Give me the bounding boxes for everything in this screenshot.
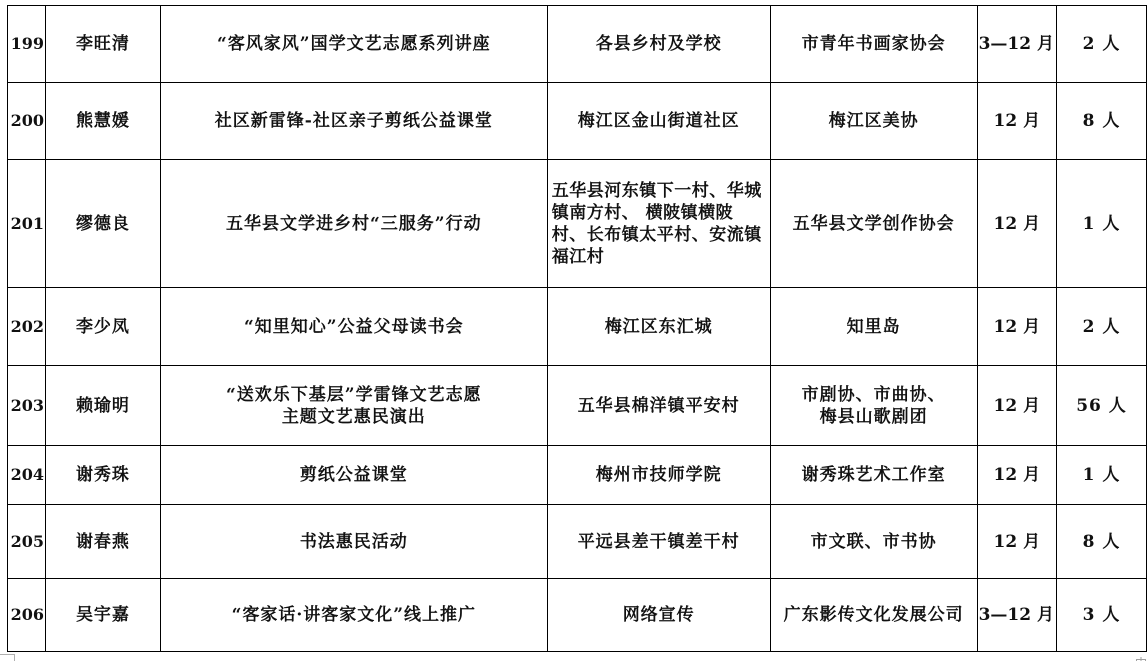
- project-cell-line: 主题文艺惠民演出: [163, 406, 545, 428]
- row-number-cell: 200: [8, 83, 46, 160]
- people-count-cell: 8 人: [1057, 83, 1147, 160]
- organizer-cell: 谢秀珠艺术工作室: [770, 446, 977, 505]
- project-cell: 剪纸公益课堂: [160, 446, 547, 505]
- project-cell: “知里知心”公益父母读书会: [160, 288, 547, 366]
- activity-table-container: 199李旺清“客风家风”国学文艺志愿系列讲座各县乡村及学校市青年书画家协会3—1…: [7, 5, 1147, 652]
- table-row: 203赖瑜明“送欢乐下基层”学雷锋文艺志愿主题文艺惠民演出五华县棉洋镇平安村市剧…: [8, 366, 1147, 446]
- people-count-cell: 1 人: [1057, 446, 1147, 505]
- table-resize-handle-icon[interactable]: [1136, 651, 1146, 660]
- organizer-cell: 市文联、市书协: [770, 505, 977, 579]
- table-row: 200熊慧媛社区新雷锋-社区亲子剪纸公益课堂梅江区金山街道社区梅江区美协12 月…: [8, 83, 1147, 160]
- project-cell: “客风家风”国学文艺志愿系列讲座: [160, 6, 547, 83]
- location-cell: 梅州市技师学院: [547, 446, 770, 505]
- table-row: 204谢秀珠剪纸公益课堂梅州市技师学院谢秀珠艺术工作室12 月1 人: [8, 446, 1147, 505]
- name-cell: 李少凤: [45, 288, 160, 366]
- period-cell: 12 月: [977, 288, 1056, 366]
- location-cell-line: 五华县河东镇下一村、华城镇南方村、 横陂镇横陂村、长布镇太平村、安流镇福江村: [552, 180, 766, 268]
- people-count-cell: 2 人: [1057, 6, 1147, 83]
- project-cell: 书法惠民活动: [160, 505, 547, 579]
- organizer-cell-line: 谢秀珠艺术工作室: [773, 464, 975, 486]
- project-cell-line: 五华县文学进乡村“三服务”行动: [163, 213, 545, 235]
- project-cell: 五华县文学进乡村“三服务”行动: [160, 160, 547, 288]
- organizer-cell: 市青年书画家协会: [770, 6, 977, 83]
- table-row: 202李少凤“知里知心”公益父母读书会梅江区东汇城知里岛12 月2 人: [8, 288, 1147, 366]
- period-cell: 12 月: [977, 446, 1056, 505]
- location-cell: 梅江区东汇城: [547, 288, 770, 366]
- organizer-cell-line: 市青年书画家协会: [773, 33, 975, 55]
- project-cell-line: “客风家风”国学文艺志愿系列讲座: [163, 33, 545, 55]
- people-count-cell: 56 人: [1057, 366, 1147, 446]
- row-number-cell: 199: [8, 6, 46, 83]
- location-cell-line: 五华县棉洋镇平安村: [550, 395, 768, 417]
- location-cell: 五华县棉洋镇平安村: [547, 366, 770, 446]
- period-cell: 12 月: [977, 505, 1056, 579]
- name-cell: 赖瑜明: [45, 366, 160, 446]
- location-cell-line: 梅州市技师学院: [550, 464, 768, 486]
- name-cell: 缪德良: [45, 160, 160, 288]
- period-cell: 12 月: [977, 160, 1056, 288]
- project-cell-line: “送欢乐下基层”学雷锋文艺志愿: [163, 384, 545, 406]
- table-row: 206吴宇嘉“客家话·讲客家文化”线上推广网络宣传广东影传文化发展公司3—12 …: [8, 579, 1147, 652]
- organizer-cell-line: 知里岛: [773, 316, 975, 338]
- project-cell-line: 社区新雷锋-社区亲子剪纸公益课堂: [163, 110, 545, 132]
- name-cell: 谢秀珠: [45, 446, 160, 505]
- volunteer-activity-table: 199李旺清“客风家风”国学文艺志愿系列讲座各县乡村及学校市青年书画家协会3—1…: [7, 5, 1147, 652]
- location-cell: 各县乡村及学校: [547, 6, 770, 83]
- organizer-cell: 梅江区美协: [770, 83, 977, 160]
- organizer-cell: 广东影传文化发展公司: [770, 579, 977, 652]
- row-number-cell: 205: [8, 505, 46, 579]
- table-row: 201缪德良五华县文学进乡村“三服务”行动五华县河东镇下一村、华城镇南方村、 横…: [8, 160, 1147, 288]
- name-cell: 李旺清: [45, 6, 160, 83]
- table-row: 199李旺清“客风家风”国学文艺志愿系列讲座各县乡村及学校市青年书画家协会3—1…: [8, 6, 1147, 83]
- period-cell: 12 月: [977, 83, 1056, 160]
- location-cell: 网络宣传: [547, 579, 770, 652]
- location-cell-line: 各县乡村及学校: [550, 33, 768, 55]
- project-cell-line: “客家话·讲客家文化”线上推广: [163, 604, 545, 626]
- project-cell-line: 剪纸公益课堂: [163, 464, 545, 486]
- organizer-cell: 市剧协、市曲协、梅县山歌剧团: [770, 366, 977, 446]
- location-cell: 梅江区金山街道社区: [547, 83, 770, 160]
- project-cell-line: 书法惠民活动: [163, 531, 545, 553]
- project-cell-line: “知里知心”公益父母读书会: [163, 316, 545, 338]
- row-number-cell: 201: [8, 160, 46, 288]
- location-cell-line: 网络宣传: [550, 604, 768, 626]
- project-cell: “送欢乐下基层”学雷锋文艺志愿主题文艺惠民演出: [160, 366, 547, 446]
- people-count-cell: 3 人: [1057, 579, 1147, 652]
- name-cell: 谢春燕: [45, 505, 160, 579]
- people-count-cell: 2 人: [1057, 288, 1147, 366]
- organizer-cell-line: 梅江区美协: [773, 110, 975, 132]
- people-count-cell: 1 人: [1057, 160, 1147, 288]
- row-number-cell: 204: [8, 446, 46, 505]
- period-cell: 3—12 月: [977, 579, 1056, 652]
- period-cell: 3—12 月: [977, 6, 1056, 83]
- name-cell: 熊慧媛: [45, 83, 160, 160]
- organizer-cell: 五华县文学创作协会: [770, 160, 977, 288]
- organizer-cell: 知里岛: [770, 288, 977, 366]
- people-count-cell: 8 人: [1057, 505, 1147, 579]
- table-corner-mark: [0, 654, 15, 661]
- location-cell: 五华县河东镇下一村、华城镇南方村、 横陂镇横陂村、长布镇太平村、安流镇福江村: [547, 160, 770, 288]
- location-cell-line: 梅江区东汇城: [550, 316, 768, 338]
- organizer-cell-line: 广东影传文化发展公司: [773, 604, 975, 626]
- organizer-cell-line: 市文联、市书协: [773, 531, 975, 553]
- organizer-cell-line: 五华县文学创作协会: [773, 213, 975, 235]
- organizer-cell-line: 市剧协、市曲协、: [773, 384, 975, 406]
- row-number-cell: 202: [8, 288, 46, 366]
- period-cell: 12 月: [977, 366, 1056, 446]
- row-number-cell: 206: [8, 579, 46, 652]
- name-cell: 吴宇嘉: [45, 579, 160, 652]
- organizer-cell-line: 梅县山歌剧团: [773, 406, 975, 428]
- row-number-cell: 203: [8, 366, 46, 446]
- location-cell-line: 平远县差干镇差干村: [550, 531, 768, 553]
- table-row: 205谢春燕书法惠民活动平远县差干镇差干村市文联、市书协12 月8 人: [8, 505, 1147, 579]
- project-cell: 社区新雷锋-社区亲子剪纸公益课堂: [160, 83, 547, 160]
- project-cell: “客家话·讲客家文化”线上推广: [160, 579, 547, 652]
- location-cell-line: 梅江区金山街道社区: [550, 110, 768, 132]
- location-cell: 平远县差干镇差干村: [547, 505, 770, 579]
